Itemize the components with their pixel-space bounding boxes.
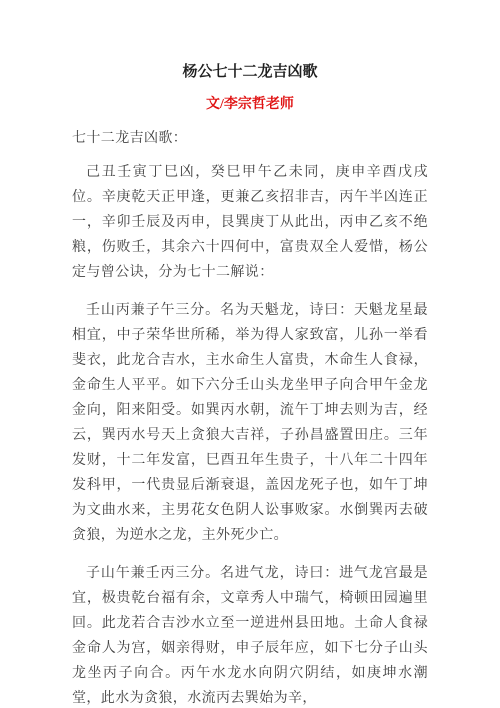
intro-line: 七十二龙吉凶歌： [72,126,428,151]
body-paragraph-1: 己丑壬寅丁巳凶，癸巳甲午乙未同，庚申辛酉戊戌位。辛庚乾天正甲逢，更兼乙亥招非吉，… [72,160,428,285]
body-paragraph-2: 壬山丙兼子午三分。名为天魁龙，诗曰：天魁龙星最相宜，中子荣华世所稀，举为得人家致… [72,298,428,548]
page-title: 杨公七十二龙吉凶歌 [72,62,428,82]
document-page: 杨公七十二龙吉凶歌 文/李宗哲老师 七十二龙吉凶歌： 己丑壬寅丁巳凶，癸巳甲午乙… [0,0,500,708]
body-paragraph-3: 子山午兼壬丙三分。名进气龙，诗曰：进气龙宫最是宜，极贵乾台福有余，文章秀人中瑞气… [72,561,428,708]
byline: 文/李宗哲老师 [72,95,428,115]
